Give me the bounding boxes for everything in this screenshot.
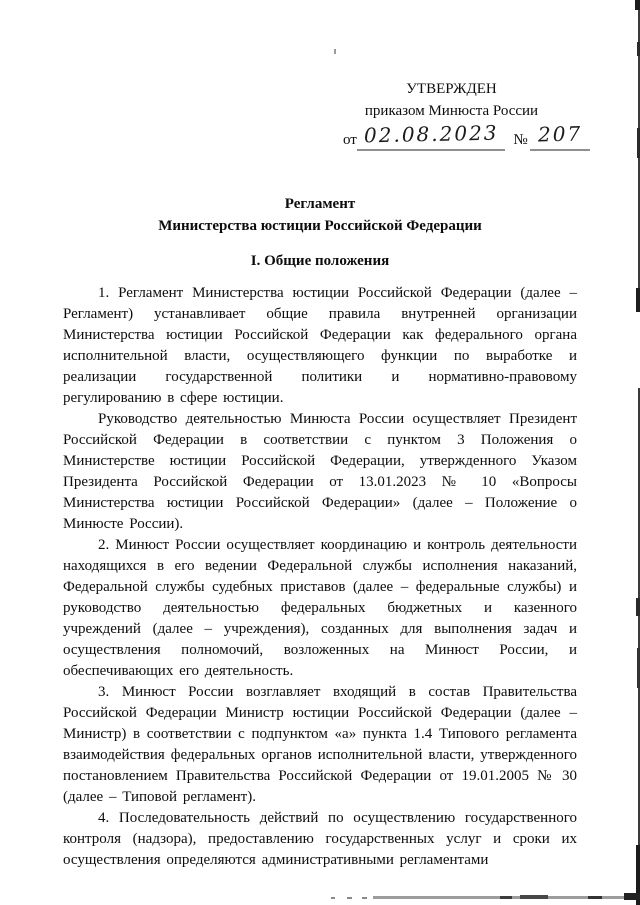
paragraph-4: 4. Последовательность действий по осущес… xyxy=(63,808,577,871)
scan-artifact-speck xyxy=(334,49,336,54)
scan-artifact-bottom-band-dark xyxy=(520,895,548,899)
approval-order-line: приказом Минюста России xyxy=(343,100,560,122)
paragraph-1-continuation: Руководство деятельностью Минюста России… xyxy=(63,409,577,535)
handwritten-date: 02.08.2023 xyxy=(364,124,499,145)
document-title-line1: Регламент xyxy=(63,193,577,215)
scan-artifact-bottom-band-dark xyxy=(588,896,602,899)
section-heading: I. Общие положения xyxy=(63,251,577,272)
number-underline: 207 xyxy=(530,125,590,151)
scan-artifact-bottom-band-dark xyxy=(500,896,512,899)
number-sign-label: № xyxy=(505,129,529,151)
document-title-line2: Министерства юстиции Российской Федераци… xyxy=(63,215,577,237)
approval-date-line: от 02.08.2023 № 207 xyxy=(343,125,588,151)
scan-artifact-dot xyxy=(331,897,335,899)
document-body: 1. Регламент Министерства юстиции Россий… xyxy=(63,283,577,871)
scan-artifact-dot xyxy=(362,897,367,899)
approval-block: УТВЕРЖДЕН приказом Минюста России от 02.… xyxy=(343,78,588,151)
date-underline: 02.08.2023 xyxy=(357,125,506,151)
document-title: Регламент Министерства юстиции Российско… xyxy=(63,193,577,237)
scan-artifact-right-edge-nub xyxy=(636,598,640,616)
scan-artifact-right-edge-nub xyxy=(636,288,640,312)
scan-artifact-right-edge-nub xyxy=(635,0,640,10)
approved-label: УТВЕРЖДЕН xyxy=(343,78,560,100)
paragraph-1: 1. Регламент Министерства юстиции Россий… xyxy=(63,283,577,409)
scan-artifact-bottom-band-dark xyxy=(624,893,640,900)
paragraph-3: 3. Минюст России возглавляет входящий в … xyxy=(63,682,577,808)
handwritten-number: 207 xyxy=(537,125,582,144)
paragraph-2: 2. Минюст России осуществляет координаци… xyxy=(63,535,577,682)
scanned-document-page: УТВЕРЖДЕН приказом Минюста России от 02.… xyxy=(0,0,640,905)
scan-artifact-dot xyxy=(347,897,352,899)
date-prefix-label: от xyxy=(343,129,357,151)
